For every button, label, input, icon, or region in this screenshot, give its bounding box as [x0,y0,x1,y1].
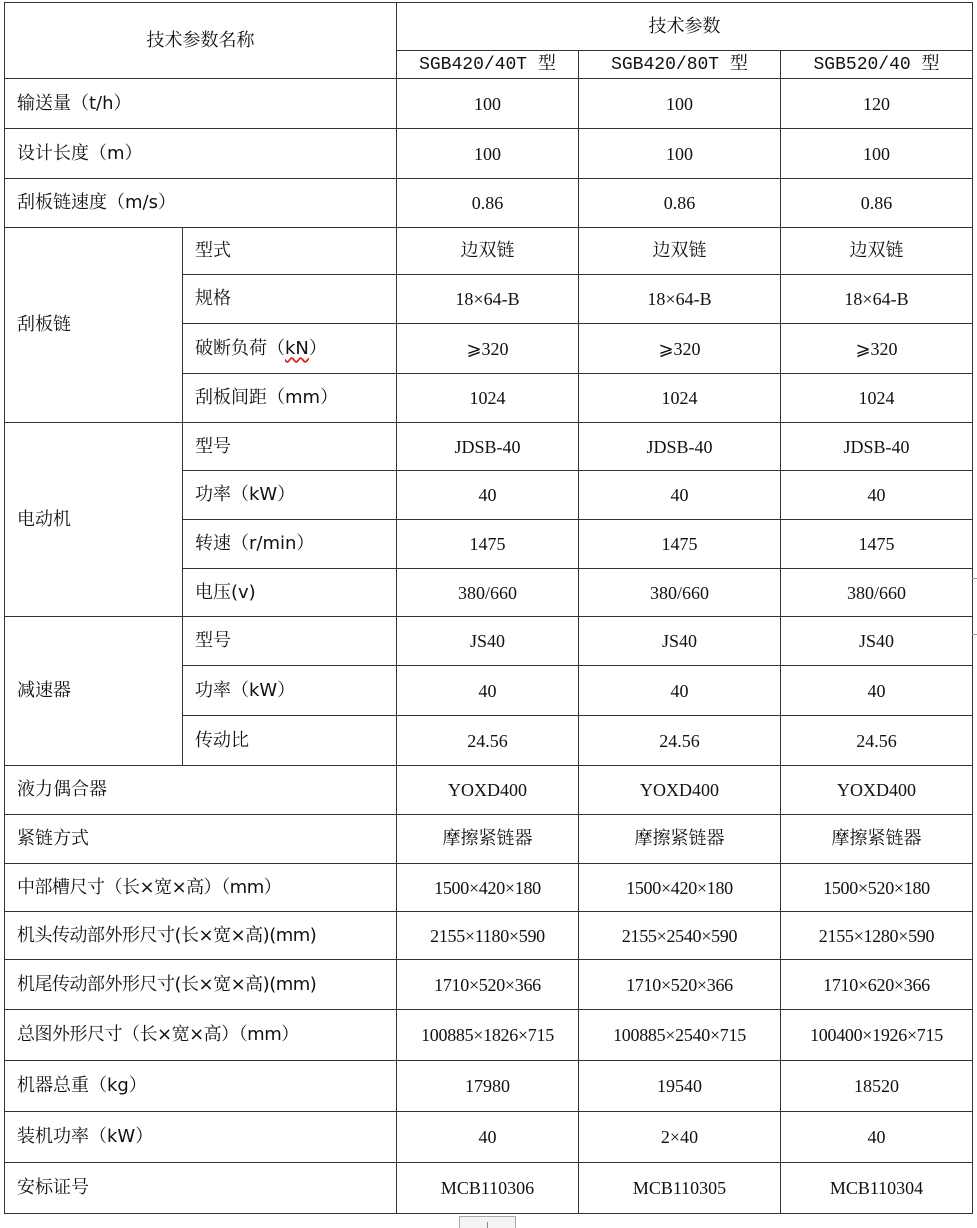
cell: MCB110305 [579,1163,781,1214]
tech-params-header: 技术参数 [397,3,973,51]
cell: 40 [781,471,973,520]
cell: 0.86 [781,179,973,228]
margin-marker [972,634,977,635]
row-label: 紧链方式 [5,815,397,864]
table-row: 总图外形尺寸（长×宽×高）（mm） 100885×1826×715 100885… [5,1010,973,1061]
cell: 100 [579,79,781,129]
cell: ⩾320 [397,324,579,374]
cell: 40 [781,666,973,716]
row-label: 刮板链速度（m/s） [5,179,397,228]
cell: 1475 [781,520,973,569]
sub-label: 传动比 [183,716,397,766]
sub-label: 规格 [183,275,397,324]
table-row: 刮板链速度（m/s） 0.86 0.86 0.86 [5,179,973,228]
cell: 120 [781,79,973,129]
row-label: 输送量（t/h） [5,79,397,129]
cell: 100885×2540×715 [579,1010,781,1061]
cell: 1475 [397,520,579,569]
table-row: 减速器 型号 JS40 JS40 JS40 [5,617,973,666]
cell: 40 [397,471,579,520]
table-row: 中部槽尺寸（长×宽×高）（mm） 1500×420×180 1500×420×1… [5,864,973,912]
cell: 1024 [781,374,973,423]
row-label: 液力偶合器 [5,766,397,815]
cell: 380/660 [781,569,973,617]
cell: 2155×1280×590 [781,912,973,960]
cell: 2×40 [579,1112,781,1163]
table-row: 机头传动部外形尺寸(长×宽×高)(mm) 2155×1180×590 2155×… [5,912,973,960]
cell: 40 [397,666,579,716]
cell: 1024 [579,374,781,423]
technical-parameters-table: 技术参数名称 技术参数 SGB420/40T 型 SGB420/80T 型 SG… [4,2,973,1214]
cell: 40 [579,471,781,520]
cell: 1500×420×180 [397,864,579,912]
cell: JS40 [781,617,973,666]
cell: 24.56 [579,716,781,766]
cell: 1710×520×366 [397,960,579,1010]
cell: 1710×520×366 [579,960,781,1010]
sub-label: 功率（kW） [183,666,397,716]
cell: 摩擦紧链器 [397,815,579,864]
label-prefix: 破断负荷（ [195,338,285,359]
row-label: 装机功率（kW） [5,1112,397,1163]
cell: 17980 [397,1061,579,1112]
cell: 100 [781,129,973,179]
row-label: 设计长度（m） [5,129,397,179]
sub-label: 型号 [183,423,397,471]
spellcheck-unit: kN [285,338,309,359]
cell: 19540 [579,1061,781,1112]
sub-label: 破断负荷（kN） [183,324,397,374]
label-suffix: ） [309,338,327,359]
header-row: 技术参数名称 技术参数 [5,3,973,51]
sub-label: 转速（r/min） [183,520,397,569]
group-label-motor: 电动机 [5,423,183,617]
table-row: 液力偶合器 YOXD400 YOXD400 YOXD400 [5,766,973,815]
cell: YOXD400 [781,766,973,815]
cell: 1710×620×366 [781,960,973,1010]
cell: 1475 [579,520,781,569]
cell: ⩾320 [579,324,781,374]
cell: JDSB-40 [579,423,781,471]
table-row: 输送量（t/h） 100 100 120 [5,79,973,129]
margin-marker [972,578,977,579]
cell: JDSB-40 [781,423,973,471]
table-row: 紧链方式 摩擦紧链器 摩擦紧链器 摩擦紧链器 [5,815,973,864]
group-label-reducer: 减速器 [5,617,183,766]
row-label: 机头传动部外形尺寸(长×宽×高)(mm) [5,912,397,960]
cell: 边双链 [781,228,973,275]
sub-label: 刮板间距（mm） [183,374,397,423]
cell: JDSB-40 [397,423,579,471]
cell: MCB110304 [781,1163,973,1214]
cell: 边双链 [397,228,579,275]
cell: JS40 [397,617,579,666]
table-row: 安标证号 MCB110306 MCB110305 MCB110304 [5,1163,973,1214]
cell: 2155×2540×590 [579,912,781,960]
cell: JS40 [579,617,781,666]
cell: 摩擦紧链器 [579,815,781,864]
model-header-2: SGB420/80T 型 [579,51,781,79]
sub-label: 电压(v) [183,569,397,617]
table-row: 电动机 型号 JDSB-40 JDSB-40 JDSB-40 [5,423,973,471]
sub-label: 型式 [183,228,397,275]
row-label: 安标证号 [5,1163,397,1214]
cell: 380/660 [579,569,781,617]
cell: YOXD400 [397,766,579,815]
cell: 2155×1180×590 [397,912,579,960]
cell: 100885×1826×715 [397,1010,579,1061]
cell: 380/660 [397,569,579,617]
group-label-scraper-chain: 刮板链 [5,228,183,423]
cell: YOXD400 [579,766,781,815]
cell: 0.86 [397,179,579,228]
table-row: 设计长度（m） 100 100 100 [5,129,973,179]
cell: MCB110306 [397,1163,579,1214]
cell: 18×64-B [397,275,579,324]
cell: 40 [781,1112,973,1163]
cell: 摩擦紧链器 [781,815,973,864]
cell: 0.86 [579,179,781,228]
sub-label: 功率（kW） [183,471,397,520]
row-label: 中部槽尺寸（长×宽×高）（mm） [5,864,397,912]
cell: ⩾320 [781,324,973,374]
cell: 边双链 [579,228,781,275]
table-row: 机器总重（kg） 17980 19540 18520 [5,1061,973,1112]
row-label: 机器总重（kg） [5,1061,397,1112]
table-row: 装机功率（kW） 40 2×40 40 [5,1112,973,1163]
cell: 40 [579,666,781,716]
param-name-header: 技术参数名称 [5,3,397,79]
sub-label: 型号 [183,617,397,666]
cell: 1500×420×180 [579,864,781,912]
cell: 18×64-B [579,275,781,324]
cell: 24.56 [781,716,973,766]
cell: 18520 [781,1061,973,1112]
cell: 100 [397,79,579,129]
cell: 24.56 [397,716,579,766]
table-row: 机尾传动部外形尺寸(长×宽×高)(mm) 1710×520×366 1710×5… [5,960,973,1010]
page-break-marker [459,1216,516,1228]
cell: 1500×520×180 [781,864,973,912]
row-label: 总图外形尺寸（长×宽×高）（mm） [5,1010,397,1061]
model-header-3: SGB520/40 型 [781,51,973,79]
model-header-1: SGB420/40T 型 [397,51,579,79]
cell: 100400×1926×715 [781,1010,973,1061]
table-row: 刮板链 型式 边双链 边双链 边双链 [5,228,973,275]
row-label: 机尾传动部外形尺寸(长×宽×高)(mm) [5,960,397,1010]
cell: 1024 [397,374,579,423]
cell: 18×64-B [781,275,973,324]
cell: 40 [397,1112,579,1163]
cell: 100 [579,129,781,179]
cell: 100 [397,129,579,179]
